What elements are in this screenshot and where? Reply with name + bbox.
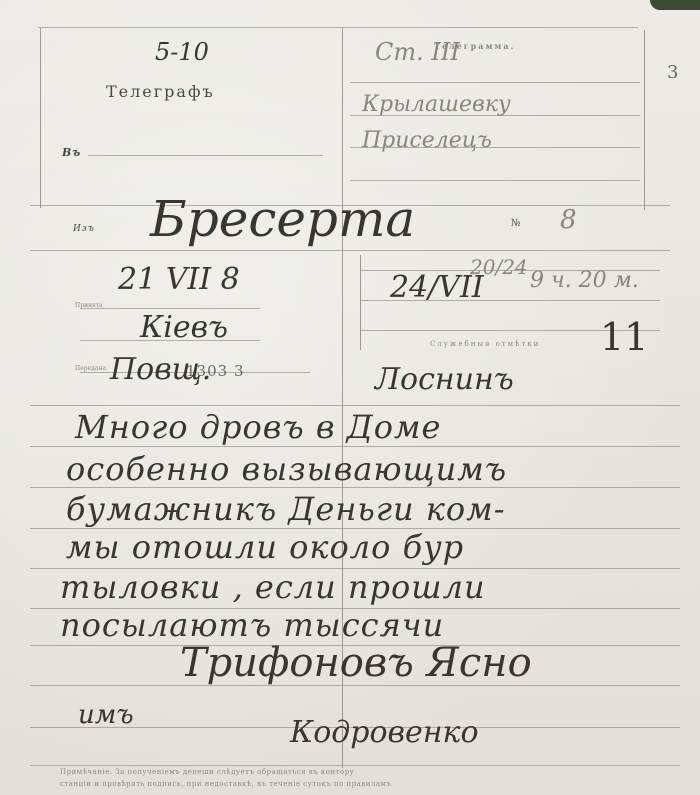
word-count: 11 — [600, 315, 648, 359]
frame-top-line — [38, 27, 638, 28]
received-by: Лоснинъ — [375, 362, 514, 397]
signature-line-3: Кодровенко — [290, 715, 479, 750]
footer-note-2: станціи и провѣрять подпись, при недоста… — [60, 780, 391, 788]
right-header-line-1: Ст. III — [375, 38, 460, 66]
top-number: 5-10 — [155, 38, 209, 66]
message-line-2: особенно вызывающимъ — [66, 450, 507, 488]
right-header-line-2: Крылашевку — [362, 92, 511, 117]
frame-left-line — [40, 28, 41, 208]
header-telegraph: Телеграфъ — [106, 82, 215, 101]
telegram-number: 8 — [560, 205, 577, 235]
message-line-3: бумажникъ Деньги ком- — [66, 490, 506, 528]
message-line-6: посылаютъ тыссячи — [60, 606, 444, 644]
signature-line-1: Трифоновъ Ясно — [180, 640, 532, 686]
number-label: № — [511, 218, 521, 229]
scan-corner-shadow — [650, 0, 700, 10]
right-header-line-3: Приселецъ — [362, 128, 492, 153]
rule-r4 — [350, 180, 640, 181]
to-label: Въ — [62, 146, 81, 159]
accepted-by-label: Передана — [75, 365, 106, 372]
date-accepted: 21 VII 8 — [118, 262, 240, 297]
signature-line-2: имъ — [78, 700, 134, 730]
rule-body-1 — [30, 446, 680, 447]
message-line-1: Много дровъ в Доме — [75, 408, 441, 446]
time-received: 9 ч. 20 м. — [530, 268, 639, 293]
telegram-paper: Телеграфъ Телеграмма. Въ Изъ Принята Пер… — [0, 0, 700, 795]
rule-r1 — [350, 82, 640, 83]
frame-right-line — [644, 30, 645, 210]
service-marks-label: Служебныя отмѣтки — [430, 340, 540, 348]
accepted-label: Принята — [75, 302, 103, 309]
rule-accepted — [80, 308, 260, 309]
date-fraction: 20/24 — [470, 255, 528, 279]
from-place: Бресерта — [150, 190, 415, 248]
rule-body-0 — [30, 405, 680, 406]
rule-body-9 — [30, 765, 680, 766]
place-accepted: Кіевъ — [140, 310, 228, 345]
rule-from-bottom — [30, 250, 670, 251]
margin-mark: 3 — [667, 62, 678, 83]
to-rule — [88, 155, 323, 156]
footer-note-1: Примѣчаніе. За полученіемъ депеши слѣдуе… — [60, 768, 354, 776]
message-line-5: тыловки , если прошли — [60, 568, 486, 606]
from-label: Изъ — [73, 224, 95, 234]
message-line-4: мы отошли около бур — [66, 528, 464, 566]
accepted-by: Повщ. — [110, 352, 211, 387]
